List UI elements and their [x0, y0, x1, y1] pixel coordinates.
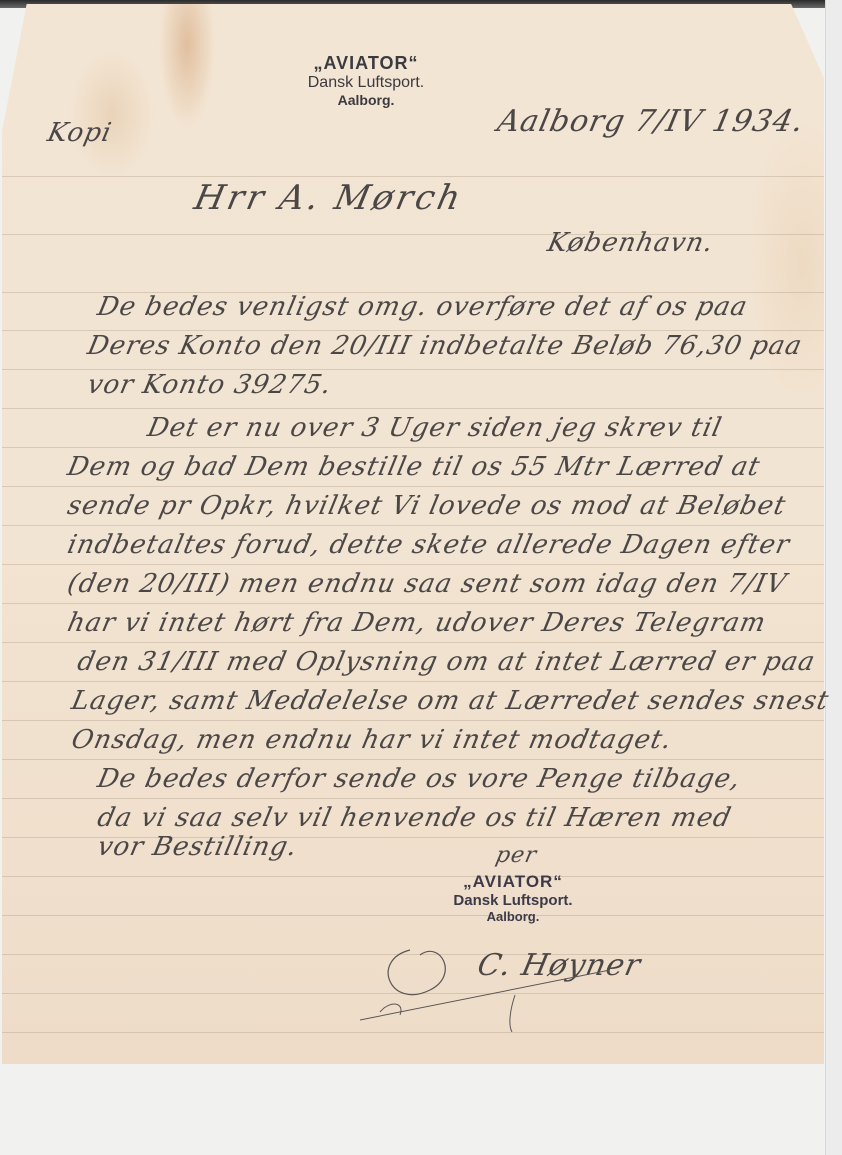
copy-mark: Kopi	[45, 118, 115, 148]
recipient-name: Hrr A. Mørch	[191, 178, 467, 218]
body-line: sende pr Opkr, hvilket Vi lovede os mod …	[65, 491, 789, 521]
per-mark: per	[493, 843, 539, 868]
letterhead-name: „AVIATOR“	[286, 53, 446, 74]
body-line: De bedes derfor sende os vore Penge tilb…	[95, 764, 744, 794]
body-line: vor Bestilling.	[95, 832, 301, 862]
ruled-line	[2, 486, 824, 487]
body-line: har vi intet hørt fra Dem, udover Deres …	[65, 608, 769, 638]
ruled-line	[2, 564, 824, 565]
ruled-line	[2, 603, 824, 604]
body-line: Lager, samt Meddelelse om at Lærredet se…	[69, 686, 832, 716]
place-date: Aalborg 7/IV 1934.	[494, 104, 807, 139]
ruled-line	[2, 176, 824, 177]
ruled-line	[2, 681, 824, 682]
ruled-line	[2, 915, 824, 916]
ruled-line	[2, 525, 824, 526]
scanner-edge-right	[825, 0, 842, 1155]
ruled-line	[2, 720, 824, 721]
recipient-city: København.	[545, 228, 717, 258]
stamp-subtitle: Dansk Luftsport.	[428, 892, 598, 909]
body-line: Det er nu over 3 Uger siden jeg skrev ti…	[145, 413, 725, 443]
stamp-name: „AVIATOR“	[428, 872, 598, 892]
body-line: Onsdag, men endnu har vi intet modtaget.	[69, 725, 675, 755]
ruled-line	[2, 876, 824, 877]
ruled-line	[2, 642, 824, 643]
ruled-line	[2, 798, 824, 799]
body-line: (den 20/III) men endnu saa sent som idag…	[65, 569, 790, 599]
ruled-line	[2, 447, 824, 448]
letterhead: „AVIATOR“ Dansk Luftsport. Aalborg.	[286, 53, 446, 108]
ruled-line	[2, 759, 824, 760]
body-line: vor Konto 39275.	[85, 370, 335, 400]
body-line: den 31/III med Oplysning om at intet Lær…	[75, 647, 818, 677]
letterhead-subtitle: Dansk Luftsport.	[286, 74, 446, 92]
company-stamp: „AVIATOR“ Dansk Luftsport. Aalborg.	[428, 872, 598, 924]
letterhead-city: Aalborg.	[286, 92, 446, 108]
body-line: Deres Konto den 20/III indbetalte Beløb …	[85, 331, 805, 361]
body-line: indbetaltes forud, dette skete allerede …	[65, 530, 793, 560]
body-line: Dem og bad Dem bestille til os 55 Mtr Læ…	[65, 452, 763, 482]
signature-flourish	[350, 920, 630, 1040]
ruled-line	[2, 408, 824, 409]
body-line: De bedes venligst omg. overføre det af o…	[95, 292, 751, 322]
body-line: da vi saa selv vil henvende os til Hæren…	[95, 803, 734, 833]
